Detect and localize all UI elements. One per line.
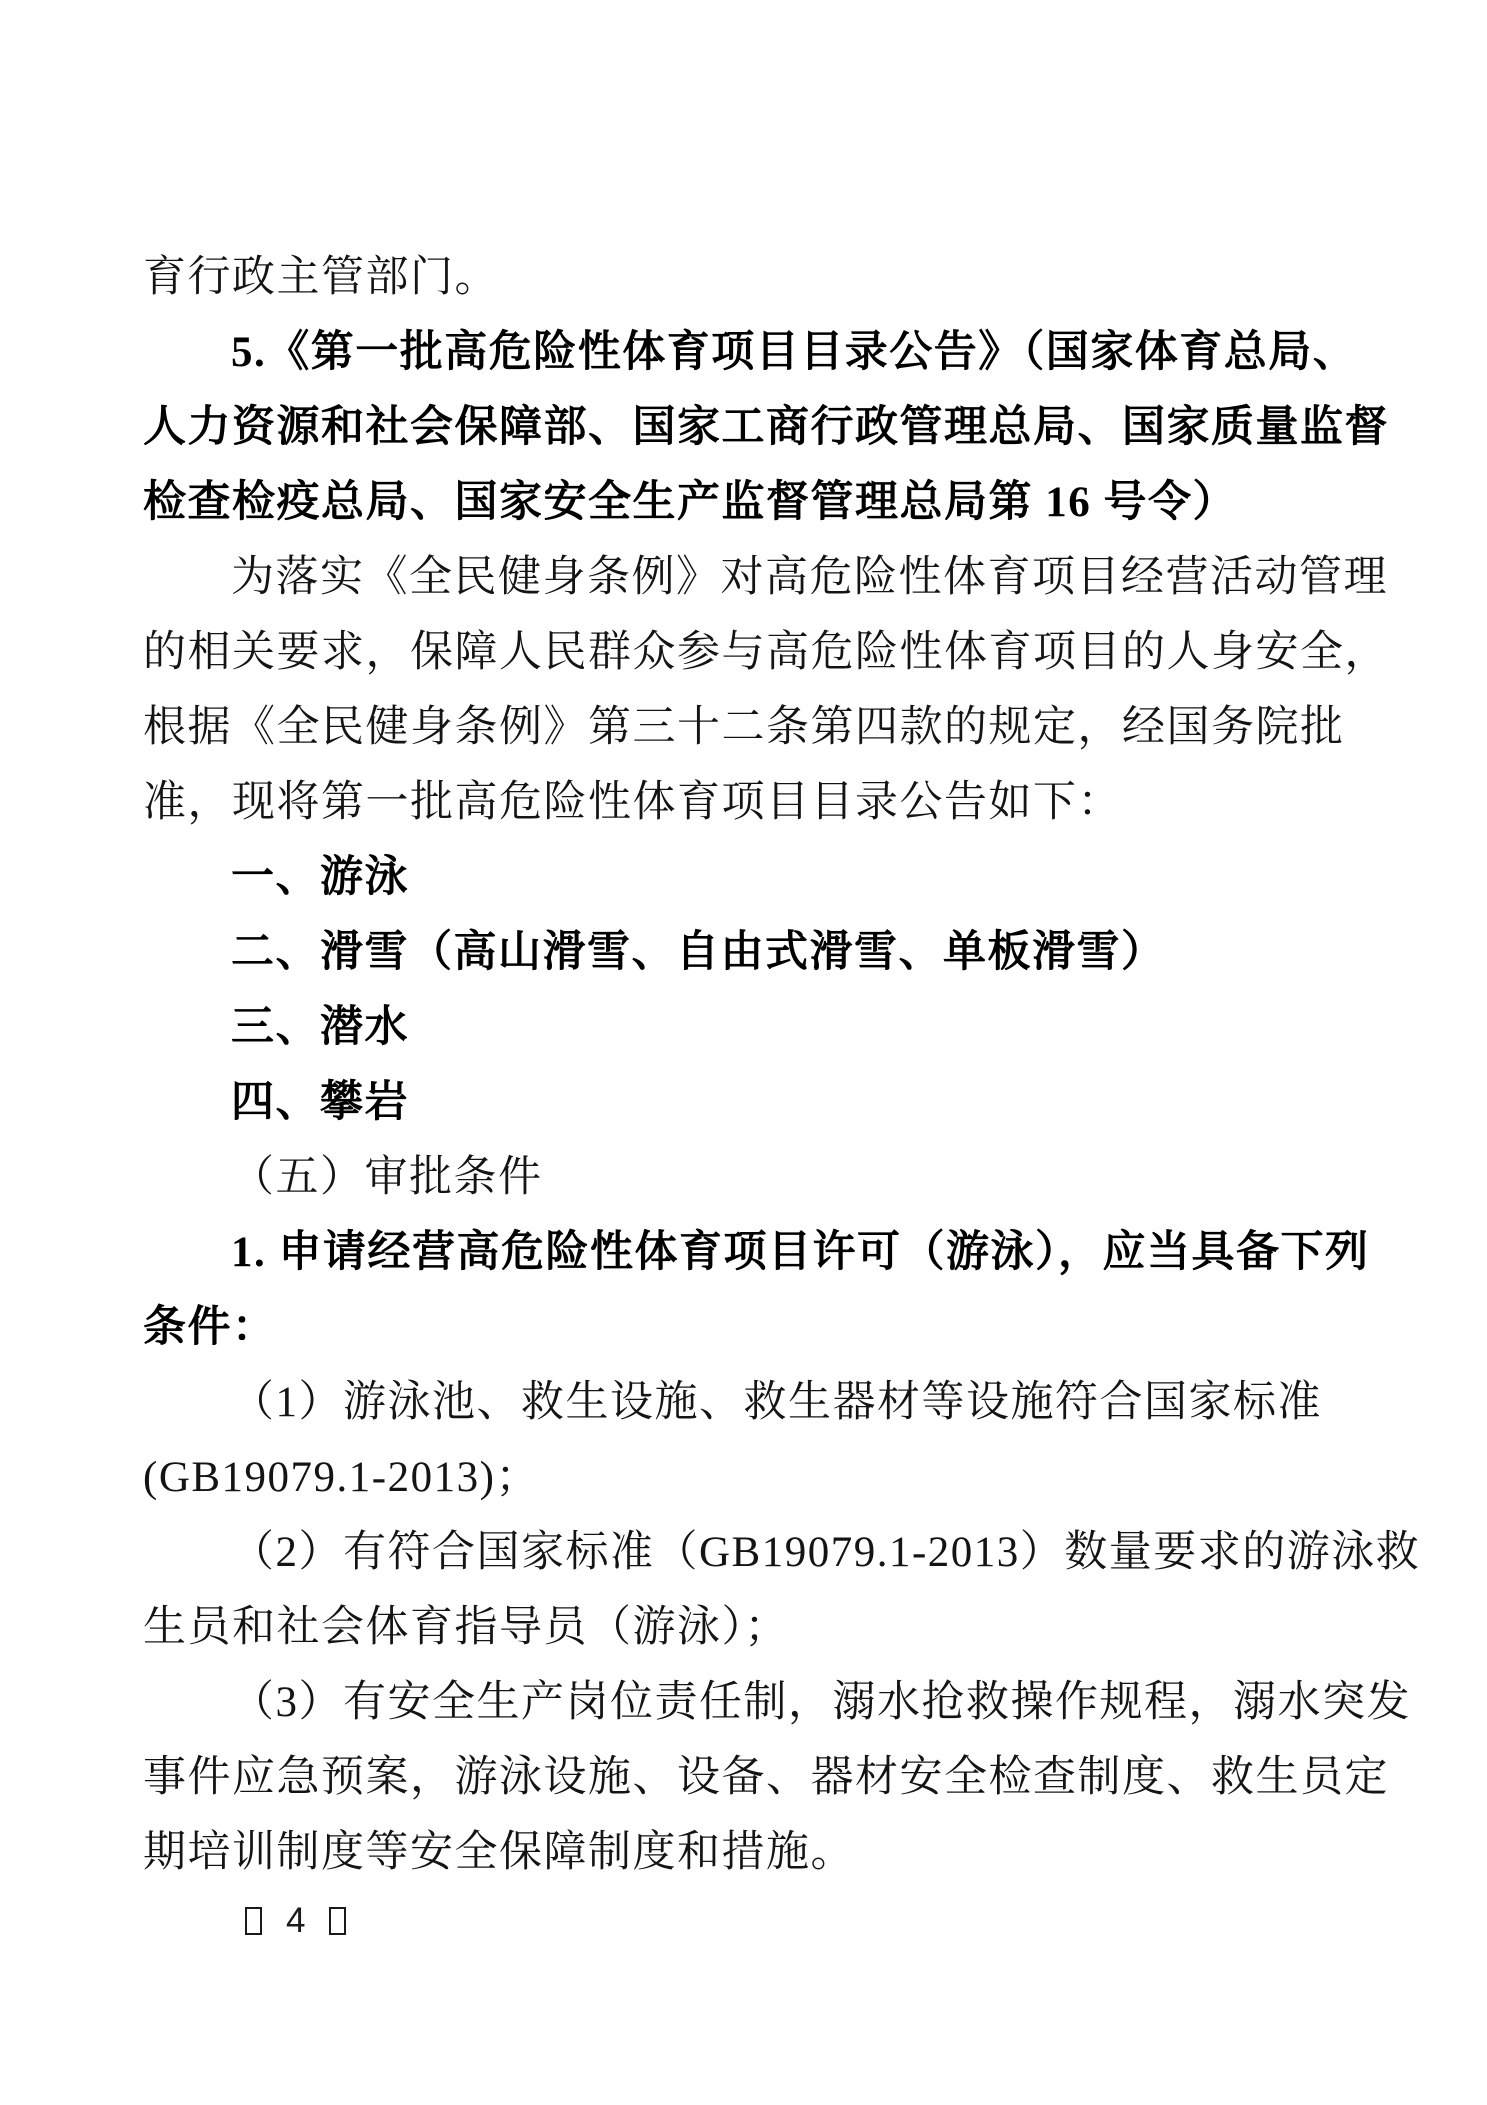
doc-line: （3）有安全生产岗位责任制，溺水抢救操作规程，溺水突发 xyxy=(143,1665,1347,1740)
doc-line: 准，现将第一批高危险性体育项目目录公告如下： xyxy=(143,765,1347,840)
doc-line: （2）有符合国家标准（GB19079.1-2013）数量要求的游泳救 xyxy=(143,1515,1347,1590)
doc-line: 1. 申请经营高危险性体育项目许可（游泳），应当具备下列 xyxy=(143,1215,1347,1290)
doc-line: 条件： xyxy=(143,1290,1347,1365)
doc-line: 一、游泳 xyxy=(143,840,1347,915)
doc-line: 根据《全民健身条例》第三十二条第四款的规定，经国务院批 xyxy=(143,690,1347,765)
doc-line: 5.《第一批高危险性体育项目目录公告》（国家体育总局、 xyxy=(143,315,1347,390)
doc-line: （五）审批条件 xyxy=(143,1140,1347,1215)
doc-line: 三、潜水 xyxy=(143,990,1347,1065)
doc-line: 二、滑雪（高山滑雪、自由式滑雪、单板滑雪） xyxy=(143,915,1347,990)
document-body: 育行政主管部门。5.《第一批高危险性体育项目目录公告》（国家体育总局、人力资源和… xyxy=(143,240,1347,1890)
doc-line: 的相关要求，保障人民群众参与高危险性体育项目的人身安全， xyxy=(143,615,1347,690)
doc-line: （1）游泳池、救生设施、救生器材等设施符合国家标准 xyxy=(143,1365,1347,1440)
missing-glyph-box-icon xyxy=(329,1907,346,1935)
doc-line: 育行政主管部门。 xyxy=(143,240,1347,315)
doc-line: 检查检疫总局、国家安全生产监督管理总局第 16 号令） xyxy=(143,465,1347,540)
document-page: 育行政主管部门。5.《第一批高危险性体育项目目录公告》（国家体育总局、人力资源和… xyxy=(0,0,1487,2105)
page-footer: 4 xyxy=(245,1896,346,1946)
doc-line: (GB19079.1-2013)； xyxy=(143,1440,1347,1515)
doc-line: 期培训制度等安全保障制度和措施。 xyxy=(143,1815,1347,1890)
doc-line: 为落实《全民健身条例》对高危险性体育项目经营活动管理 xyxy=(143,540,1347,615)
doc-line: 生员和社会体育指导员（游泳）； xyxy=(143,1590,1347,1665)
doc-line: 四、攀岩 xyxy=(143,1065,1347,1140)
doc-line: 人力资源和社会保障部、国家工商行政管理总局、国家质量监督 xyxy=(143,390,1347,465)
missing-glyph-box-icon xyxy=(245,1907,262,1935)
doc-line: 事件应急预案，游泳设施、设备、器材安全检查制度、救生员定 xyxy=(143,1740,1347,1815)
page-number: 4 xyxy=(286,1896,305,1946)
